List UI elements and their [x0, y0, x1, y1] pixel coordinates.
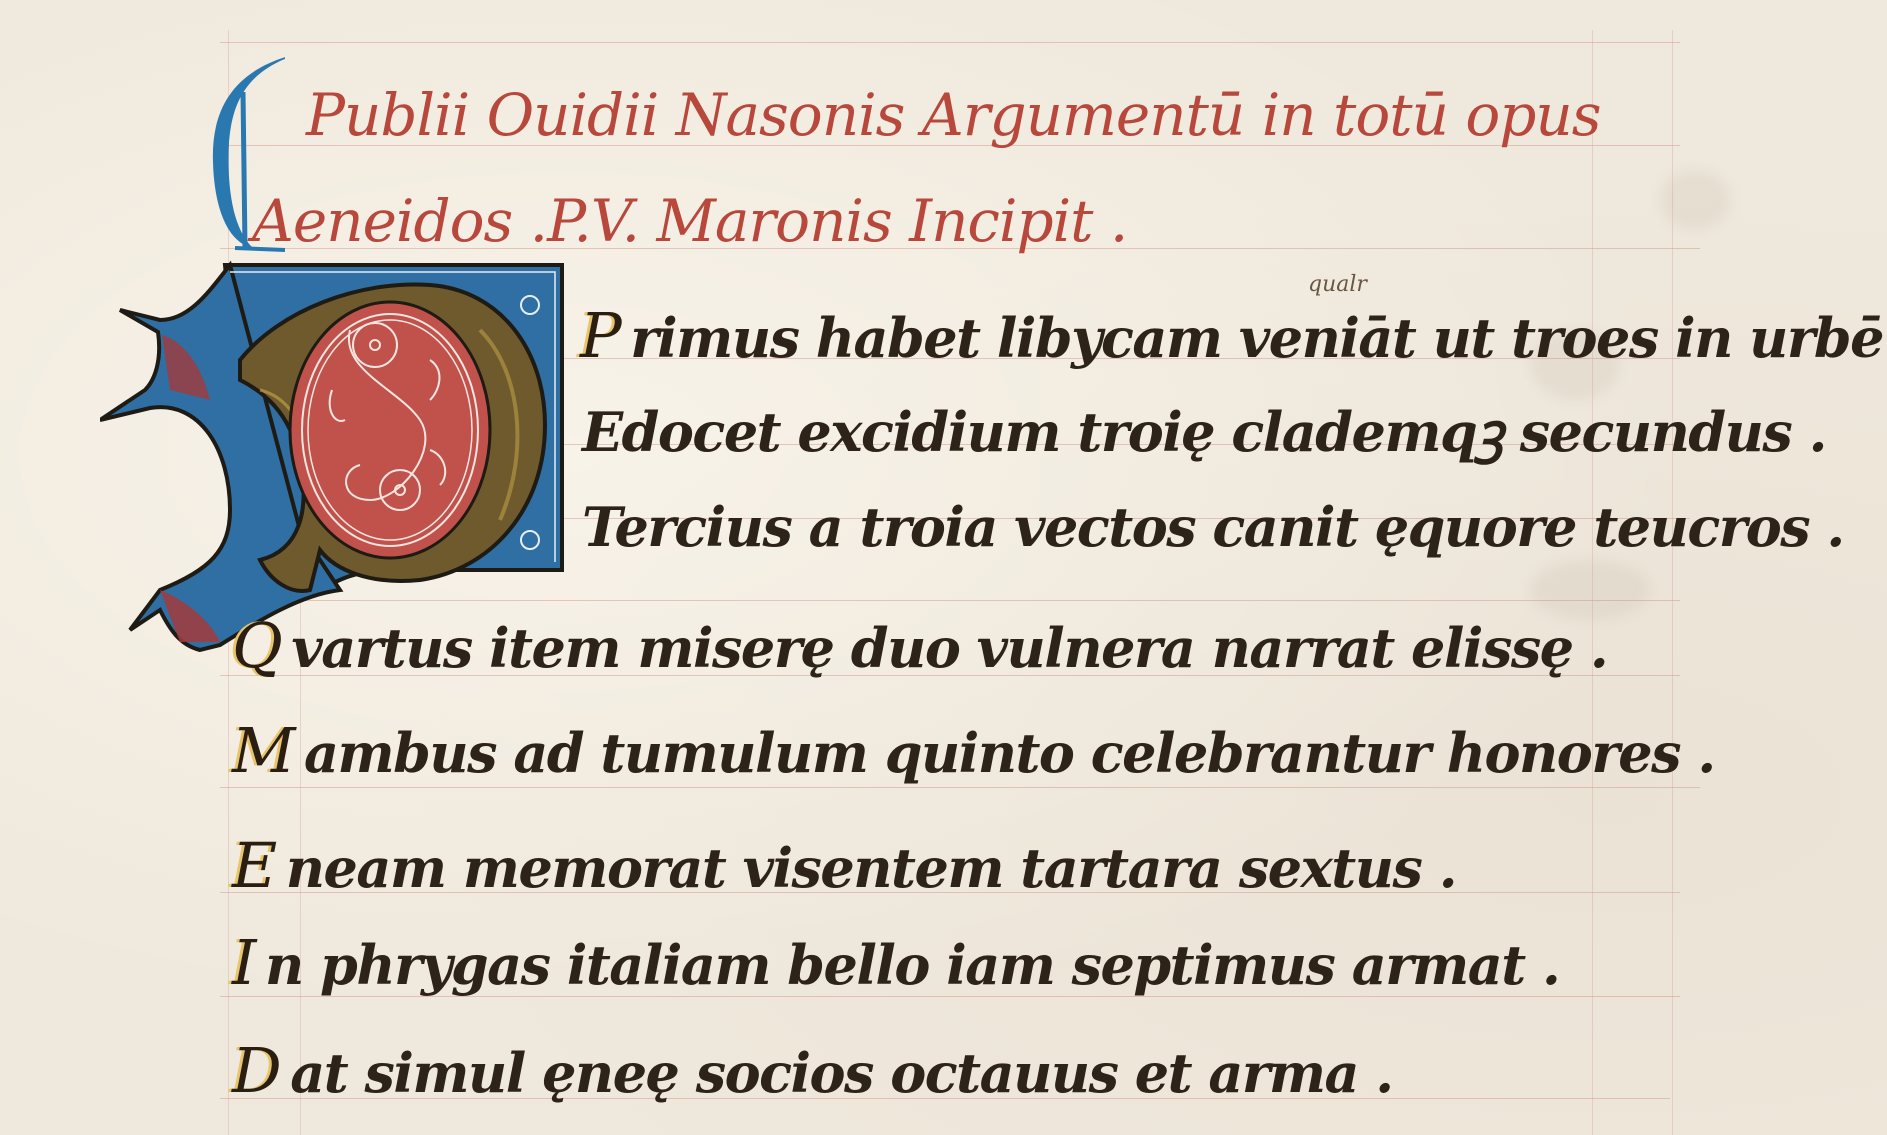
interlinear-gloss: qualr [1308, 272, 1367, 297]
verse-line-4: Qvartus item miserę duo vulnera narrat e… [232, 615, 1607, 677]
verse-text: Tercius a troia vectos canit ęquore teuc… [582, 495, 1844, 559]
verse-initial: D [232, 1040, 280, 1102]
verse-text: n phrygas italiam bello iam septimus arm… [265, 933, 1559, 997]
verse-initial: M [232, 720, 294, 782]
verse-text: Edocet excidium troię clademqꝫ secundus … [582, 400, 1826, 464]
rubric-heading-line-1: Publii Ouidii Nasonis Argumentū in totū … [306, 86, 1601, 144]
verse-line-2: Edocet excidium troię clademqꝫ secundus … [582, 405, 1826, 459]
ruling-line-vertical [1672, 30, 1673, 1135]
illuminated-initial-p-icon [100, 250, 580, 670]
verse-line-6: Eneam memorat visentem tartara sextus . [232, 835, 1456, 897]
verse-text: at simul ęneę socios octauus et arma . [290, 1041, 1392, 1105]
verse-initial: P [580, 305, 620, 367]
verse-text: neam memorat visentem tartara sextus . [286, 836, 1456, 900]
verse-initial: E [232, 835, 276, 897]
verse-line-7: In phrygas italiam bello iam septimus ar… [232, 932, 1559, 994]
verse-initial: I [232, 932, 255, 994]
parchment-stain [1660, 170, 1730, 230]
verse-line-1: Primus habet libycam veniāt ut troes in … [580, 305, 1887, 367]
verse-line-5: Mambus ad tumulum quinto celebrantur hon… [232, 720, 1715, 782]
verse-text: ambus ad tumulum quinto celebrantur hono… [304, 721, 1715, 785]
parchment-stain [1530, 560, 1650, 620]
verse-text: vartus item miserę duo vulnera narrat el… [291, 616, 1607, 680]
ruling-line [220, 787, 1700, 788]
verse-line-8: Dat simul ęneę socios octauus et arma . [232, 1040, 1393, 1102]
verse-line-3: Tercius a troia vectos canit ęquore teuc… [582, 500, 1844, 554]
verse-text: rimus habet libycam veniāt ut troes in u… [630, 306, 1887, 370]
rubric-heading-line-2: Aeneidos .P.V. Maronis Incipit . [252, 192, 1127, 250]
verse-initial: Q [232, 615, 281, 677]
ruling-line-vertical [1592, 30, 1593, 1135]
manuscript-page: Publii Ouidii Nasonis Argumentū in totū … [0, 0, 1887, 1135]
ruling-line [220, 42, 1680, 43]
